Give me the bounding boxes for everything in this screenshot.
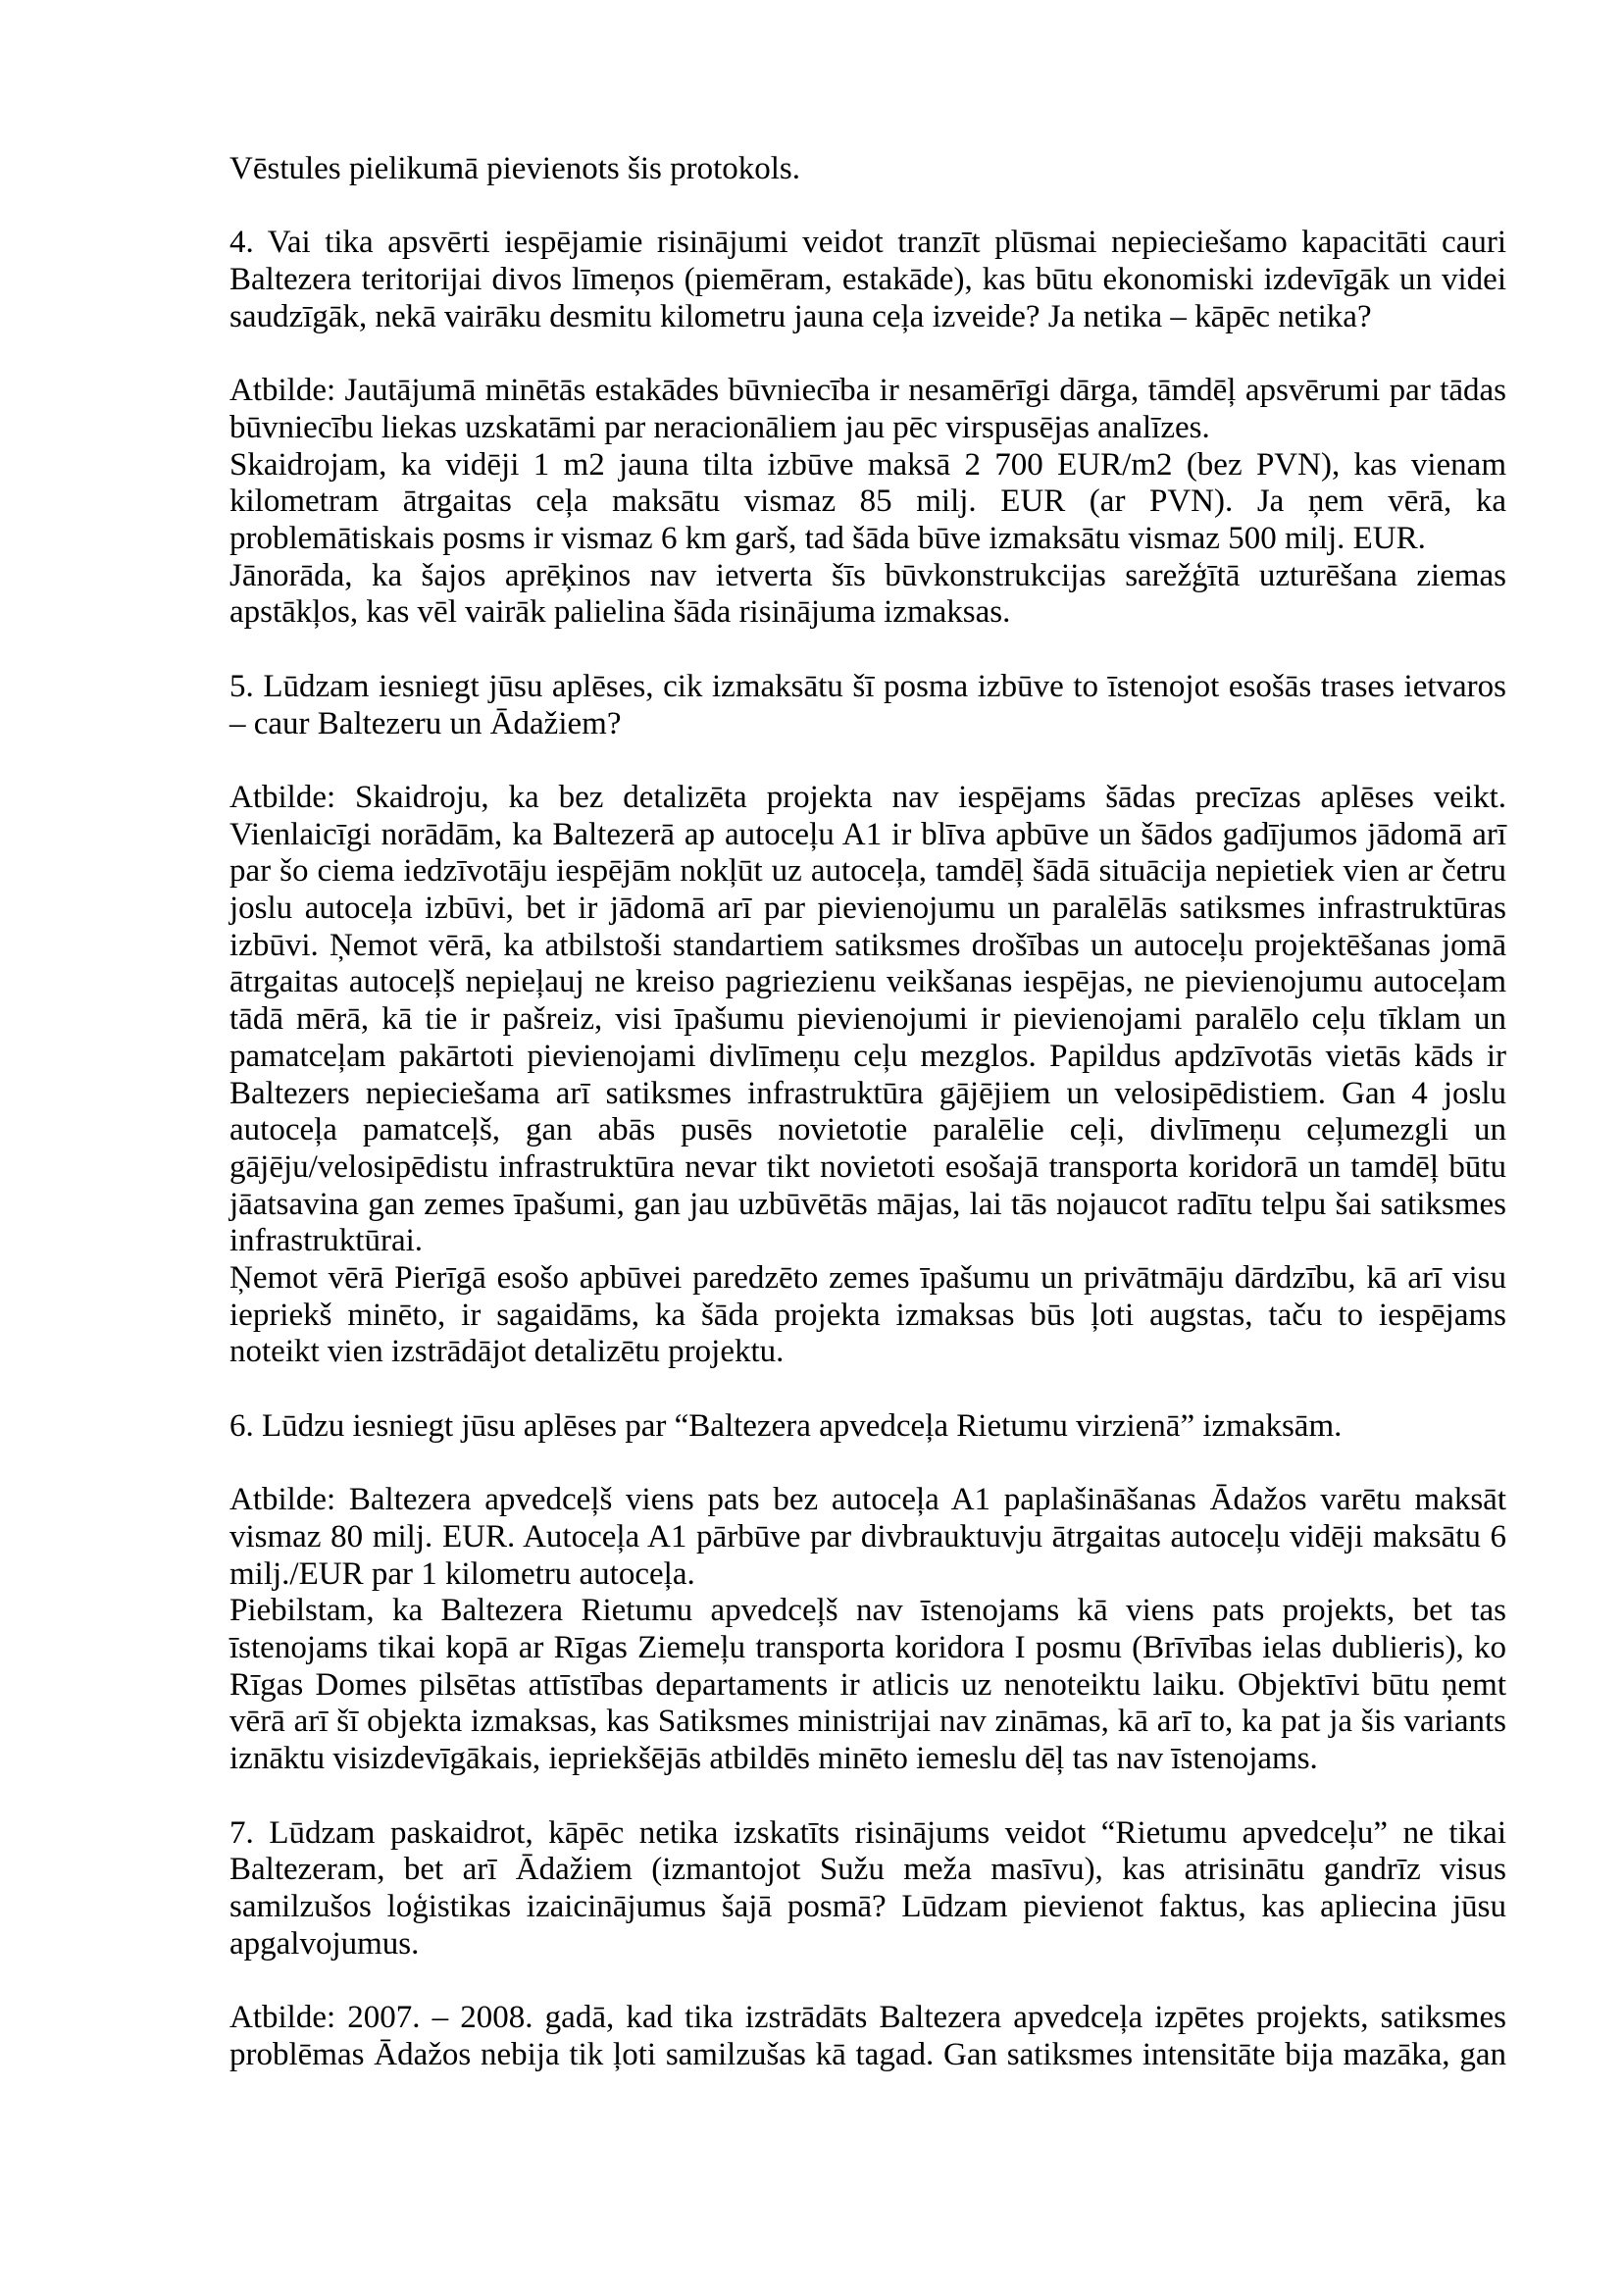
paragraph-question-6: 6. Lūdzu iesniegt jūsu aplēses par “Balt… (229, 1408, 1506, 1446)
paragraph-answer-7-1: Atbilde: 2007. – 2008. gadā, kad tika iz… (229, 2000, 1506, 2073)
paragraph-answer-4-1: Atbilde: Jautājumā minētās estakādes būv… (229, 373, 1506, 446)
paragraph-question-4: 4. Vai tika apsvērti iespējamie risināju… (229, 225, 1506, 335)
paragraph-answer-5-2: Ņemot vērā Pierīgā esošo apbūvei paredzē… (229, 1260, 1506, 1371)
paragraph-question-7: 7. Lūdzam paskaidrot, kāpēc netika izska… (229, 1815, 1506, 1963)
paragraph-question-5: 5. Lūdzam iesniegt jūsu aplēses, cik izm… (229, 669, 1506, 742)
document-page: Vēstules pielikumā pievienots šis protok… (0, 0, 1624, 2294)
paragraph-answer-6-1: Atbilde: Baltezera apvedceļš viens pats … (229, 1482, 1506, 1593)
paragraph-answer-4-2: Skaidrojam, ka vidēji 1 m2 jauna tilta i… (229, 447, 1506, 558)
paragraph-answer-5-1: Atbilde: Skaidroju, ka bez detalizēta pr… (229, 780, 1506, 1260)
paragraph-answer-4-3: Jānorāda, ka šajos aprēķinos nav ietvert… (229, 558, 1506, 632)
document-body: Vēstules pielikumā pievienots šis protok… (229, 151, 1506, 2073)
paragraph-answer-6-2: Piebilstam, ka Baltezera Rietumu apvedce… (229, 1593, 1506, 1778)
paragraph-intro: Vēstules pielikumā pievienots šis protok… (229, 151, 1506, 188)
